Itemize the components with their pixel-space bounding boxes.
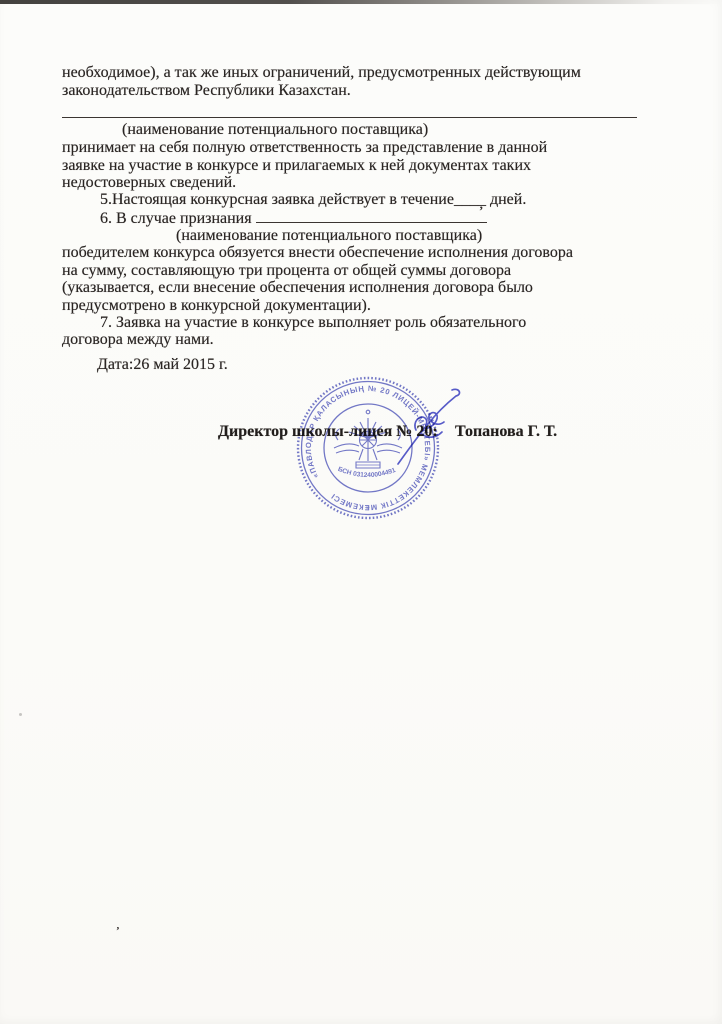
signatory-name: Топанова Г. Т. (455, 423, 557, 441)
list-item-7: 7. Заявка на участие в конкурсе выполняе… (100, 314, 526, 332)
paragraph-line: недостоверных сведений. (62, 174, 236, 192)
list-item-6: 6. В случае признания (100, 209, 487, 228)
list-item-5: 5.Настоящая конкурсная заявка действует … (100, 191, 526, 209)
paragraph-line: победителем конкурса обязуется внести об… (62, 244, 573, 262)
fill-in-line (256, 209, 487, 223)
handwritten-signature (392, 386, 466, 472)
paragraph-line: на сумму, составляющую три процента от о… (62, 262, 511, 280)
paragraph-line: законодательством Республики Казахстан. (62, 82, 351, 100)
scan-edge-artifact (0, 0, 722, 4)
stray-comma-mark: ’ (116, 925, 120, 937)
date-line: Дата:26 май 2015 г. (97, 356, 228, 374)
paragraph-line: договора между нами. (62, 331, 214, 349)
paragraph-line: предусмотрено в конкурсной документации)… (62, 297, 371, 315)
stray-apostrophe-mark: ’ (479, 203, 483, 219)
paragraph-line: (указывается, если внесение обеспечения … (62, 279, 533, 297)
caption-supplier-name: (наименование потенциального поставщика) (176, 227, 482, 245)
paragraph-line: необходимое), а так же иных ограничений,… (62, 64, 581, 82)
scan-speck (19, 713, 22, 716)
stamp-ornament-star: ✳ (365, 505, 370, 512)
caption-supplier-name: (наименование потенциального поставщика) (122, 121, 428, 139)
scanned-document-page: необходимое), а так же иных ограничений,… (0, 0, 722, 1024)
paragraph-line: заявке на участие в конкурсе и прилагаем… (62, 157, 531, 175)
list-item-6-text: 6. В случае признания (100, 210, 252, 227)
paragraph-line: принимает на себя полную ответственность… (62, 139, 547, 157)
fill-in-line (62, 117, 637, 118)
